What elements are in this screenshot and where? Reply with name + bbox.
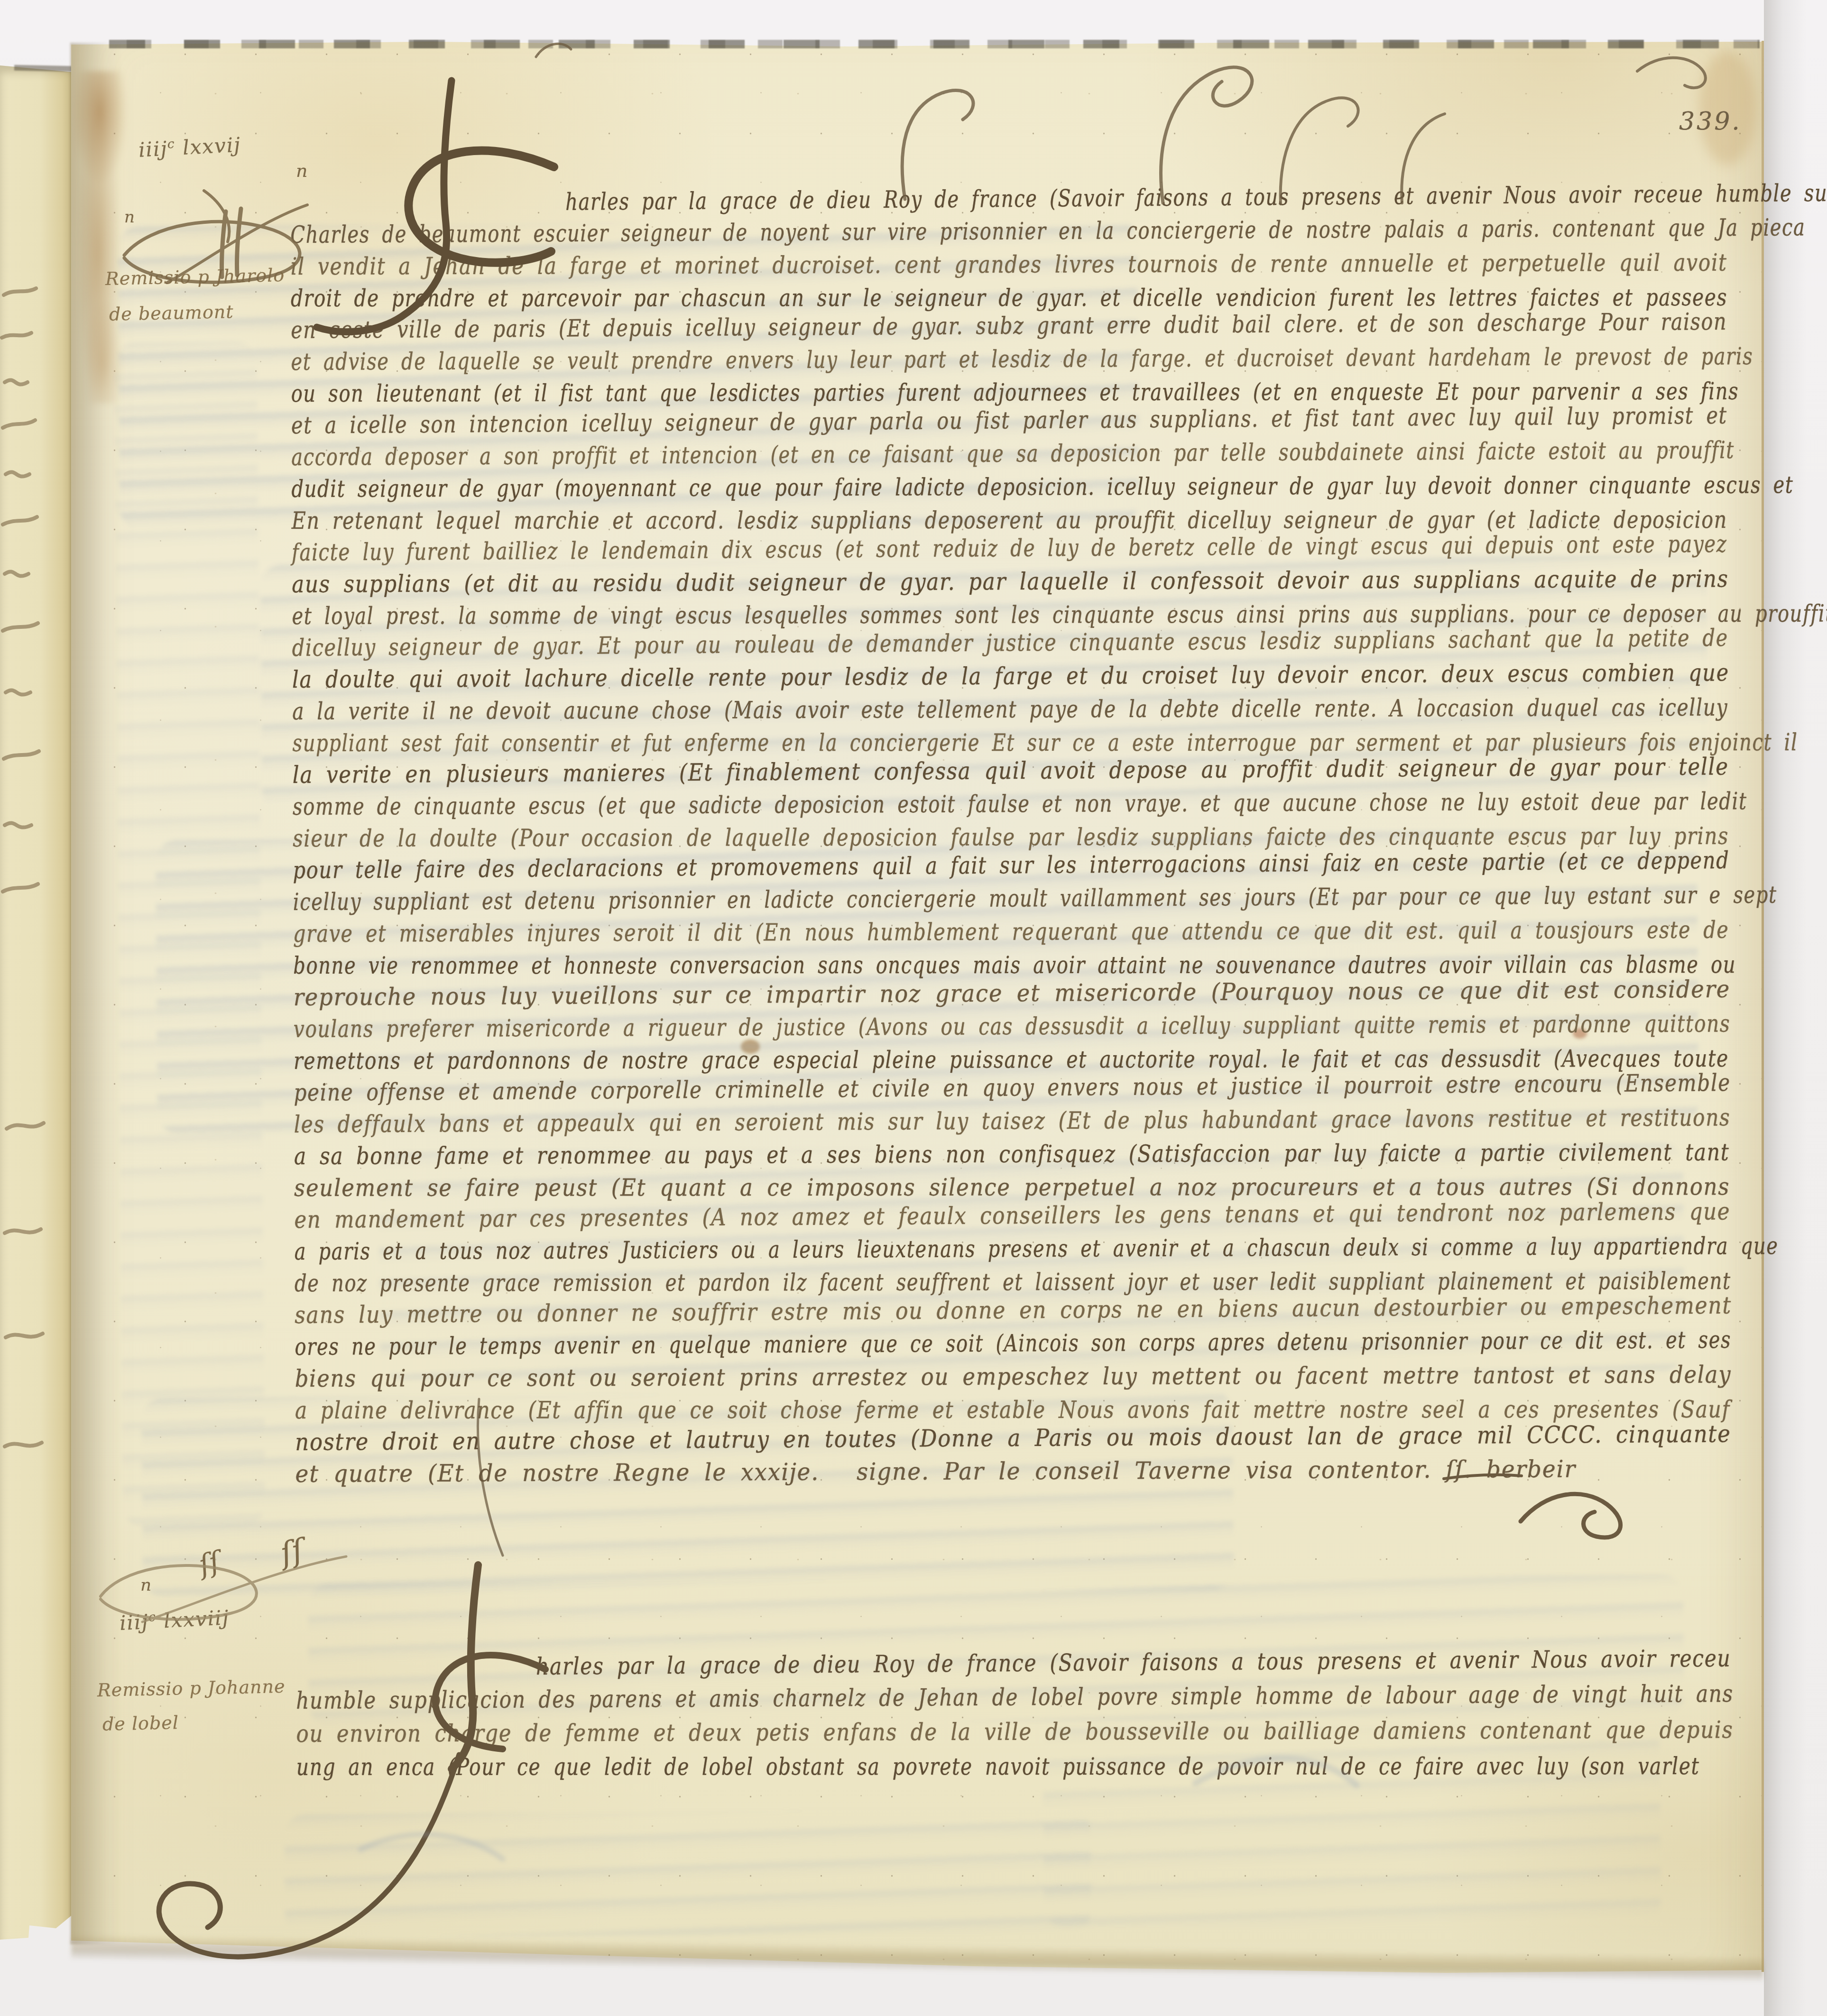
margin-paraph-icon <box>101 1556 346 1622</box>
penwork-overlay <box>0 0 1827 2016</box>
closing-flourish-icon <box>1444 1475 1621 1537</box>
previous-folio-text-fragments <box>2 288 44 1446</box>
manuscript-scan: 339. iiijc lxxvij Remissio p Jharolo de … <box>0 0 1827 2016</box>
entry-2-initial-icon <box>159 1399 545 1957</box>
entry-1-initial-icon <box>317 81 554 332</box>
margin-paraph-icon <box>124 191 307 283</box>
cadel-flourish-icon <box>536 44 1706 204</box>
show-through-flourish <box>360 1758 1356 1859</box>
